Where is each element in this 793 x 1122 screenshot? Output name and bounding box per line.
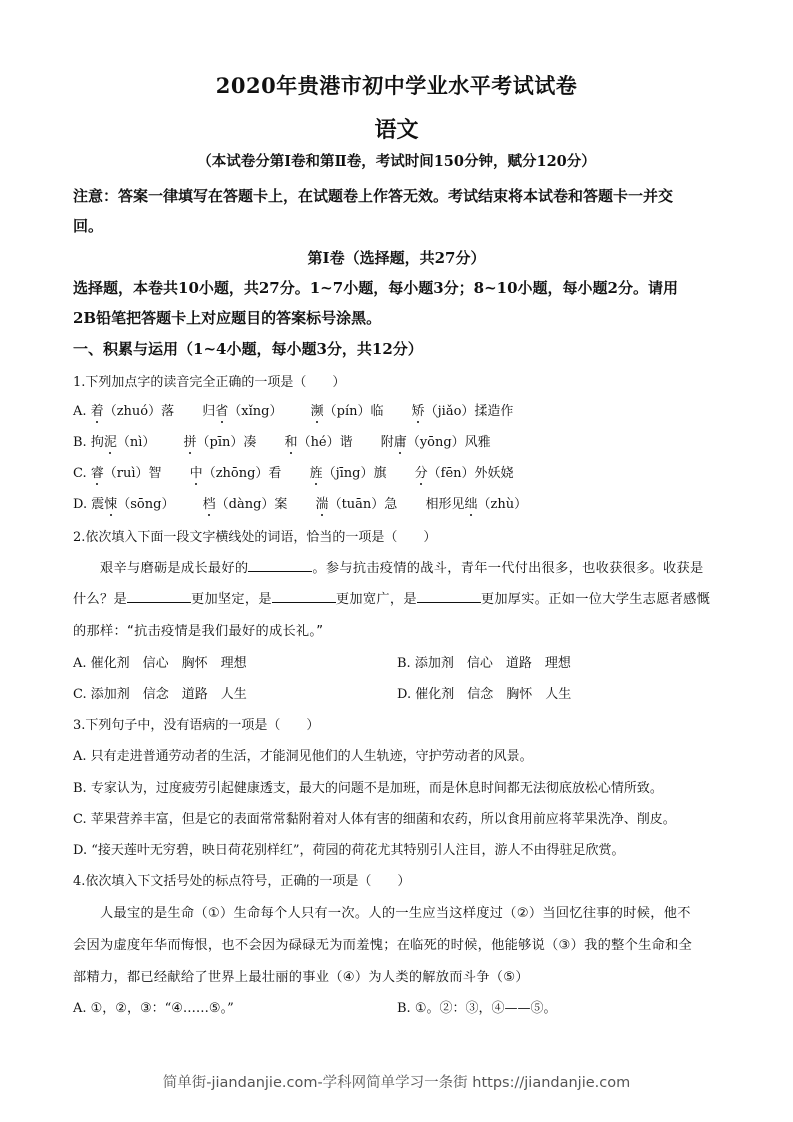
q1-option-a: A. 着（zhuó）落 归省（xǐng） 濒（pín）临 矫（jiǎo）揉造作	[73, 400, 513, 419]
fill-blank	[272, 590, 336, 603]
fill-blank	[417, 590, 481, 603]
q4-stem: 4.依次填入下文括号处的标点符号，正确的一项是（ ）	[73, 870, 410, 889]
text: （pín）临	[324, 404, 384, 419]
text: （xǐng）	[228, 404, 282, 419]
exam-title: 2020年贵港市初中学业水平考试试卷	[0, 70, 793, 100]
q2-passage-line-3: 的那样：“抗击疫情是我们最好的成长礼。”	[73, 620, 323, 639]
text: 更加宽广，是	[336, 592, 417, 607]
dotted-char: 和	[285, 435, 298, 450]
text: 归	[202, 404, 215, 419]
option-label: A.	[73, 404, 87, 419]
dotted-char: 旌	[310, 466, 323, 481]
text: （hé）谐	[298, 435, 353, 450]
q2-stem: 2.依次填入下面一段文字横线处的词语，恰当的一项是（ ）	[73, 526, 436, 545]
dotted-char: 庸	[394, 435, 407, 450]
notice-line-1: 注意：答案一律填写在答题卡上，在试题卷上作答无效。考试结束将本试卷和答题卡一并交	[73, 185, 673, 206]
dotted-char: 矫	[412, 404, 425, 419]
dotted-char: 濒	[311, 404, 324, 419]
subject-title: 语文	[0, 113, 793, 144]
q3-stem: 3.下列句子中，没有语病的一项是（ ）	[73, 714, 319, 733]
text: 。参与抗击疫情的战斗，青年一代付出很多，也收获很多。收获是	[312, 561, 703, 576]
text: （fēn）外妖娆	[428, 466, 514, 481]
text: （nì）	[117, 435, 156, 450]
text: （jiǎo）揉造作	[425, 404, 514, 419]
text: （yōng）风雅	[407, 435, 491, 450]
dotted-char: 湍	[316, 497, 329, 512]
text: （pīn）凑	[197, 435, 257, 450]
dotted-char: 着	[91, 404, 104, 419]
q4-option-a: A. ①，②，③：“④……⑤。”	[73, 997, 234, 1016]
q4-passage-line-1: 人最宝的是生命（①）生命每个人只有一次。人的一生应当这样度过（②）当回忆往事的时…	[100, 902, 691, 921]
watermark-footer: 简单街-jiandanjie.com-学科网简单学习一条街 https://ji…	[0, 1071, 793, 1092]
q1-option-d: D. 震悚（sōng） 档（dàng）案 湍（tuān）急 相形见绌（zhù）	[73, 493, 527, 512]
text: （zhōng）看	[203, 466, 282, 481]
text: 更加厚实。正如一位大学生志愿者感慨	[481, 592, 710, 607]
q1-option-c: C. 睿（ruì）智 中（zhōng）看 旌（jīng）旗 分（fēn）外妖娆	[73, 462, 514, 481]
text: 什么？是	[73, 592, 127, 607]
q4-option-b: B. ①。②：③，④——⑤。	[397, 997, 556, 1016]
text: （zhuó）落	[104, 404, 174, 419]
text: 艰辛与磨砺是成长最好的	[100, 561, 248, 576]
q1-stem: 1.下列加点字的读音完全正确的一项是（ ）	[73, 371, 345, 390]
q3-option-d: D. “接天莲叶无穷碧，映日荷花别样红”，荷园的荷花尤其特别引人注目，游人不由得…	[73, 839, 625, 858]
q3-option-b: B. 专家认为，过度疲劳引起健康透支，最大的问题不是加班，而是休息时间都无法彻底…	[73, 777, 663, 796]
dotted-char: 档	[203, 497, 216, 512]
dotted-char: 中	[190, 466, 203, 481]
notice-line-2: 回。	[73, 215, 103, 236]
q2-option-b: B. 添加剂 信心 道路 理想	[397, 652, 571, 671]
text: （tuān）急	[329, 497, 398, 512]
q4-passage-line-2: 会因为虚度年华而悔恨，也不会因为碌碌无为而羞愧；在临死的时候，他能够说（③）我的…	[73, 934, 692, 953]
dotted-char: 睿	[91, 466, 104, 481]
text: 拘	[91, 435, 104, 450]
exam-note: （本试卷分第Ⅰ卷和第Ⅱ卷，考试时间150分钟，赋分120分）	[0, 150, 793, 171]
q2-option-d: D. 催化剂 信念 胸怀 人生	[397, 683, 571, 702]
q2-option-c: C. 添加剂 信念 道路 人生	[73, 683, 247, 702]
dotted-char: 悚	[104, 497, 117, 512]
fill-blank	[248, 559, 312, 572]
section1-instructions-2: 2B铅笔把答题卡上对应题目的答案标号涂黑。	[73, 307, 381, 328]
q3-option-a: A. 只有走进普通劳动者的生活，才能洞见他们的人生轨迹，守护劳动者的风景。	[73, 745, 533, 764]
dotted-char: 省	[215, 404, 228, 419]
text: 震	[91, 497, 104, 512]
dotted-char: 拼	[184, 435, 197, 450]
section1-heading: 第Ⅰ卷（选择题，共27分）	[0, 247, 793, 268]
text: （zhù）	[477, 497, 527, 512]
q2-passage-line-2: 什么？是更加坚定，是更加宽广，是更加厚实。正如一位大学生志愿者感慨	[73, 588, 710, 607]
q1-option-b: B. 拘泥（nì） 拼（pīn）凑 和（hé）谐 附庸（yōng）风雅	[73, 431, 491, 450]
option-label: C.	[73, 466, 87, 481]
text: 更加坚定，是	[191, 592, 272, 607]
dotted-char: 泥	[104, 435, 117, 450]
dotted-char: 分	[415, 466, 428, 481]
section1-instructions-1: 选择题，本卷共10小题，共27分。1~7小题，每小题3分；8~10小题，每小题2…	[73, 277, 678, 298]
option-label: D.	[73, 497, 87, 512]
fill-blank	[127, 590, 191, 603]
q3-option-c: C. 苹果营养丰富，但是它的表面常常黏附着对人体有害的细菌和农药，所以食用前应将…	[73, 808, 676, 827]
text: 相形见	[425, 497, 464, 512]
dotted-char: 绌	[464, 497, 477, 512]
text: 附	[381, 435, 394, 450]
q2-option-a: A. 催化剂 信心 胸怀 理想	[73, 652, 247, 671]
text: （dàng）案	[216, 497, 288, 512]
text: （ruì）智	[104, 466, 162, 481]
text: （sōng）	[117, 497, 174, 512]
q2-passage-line-1: 艰辛与磨砺是成长最好的。参与抗击疫情的战斗，青年一代付出很多，也收获很多。收获是	[100, 557, 704, 576]
part-heading: 一、积累与运用（1~4小题，每小题3分，共12分）	[73, 338, 423, 359]
option-label: B.	[73, 435, 87, 450]
text: （jīng）旗	[323, 466, 387, 481]
q4-passage-line-3: 部精力，都已经献给了世界上最壮丽的事业（④）为人类的解放而斗争（⑤）	[73, 966, 529, 985]
